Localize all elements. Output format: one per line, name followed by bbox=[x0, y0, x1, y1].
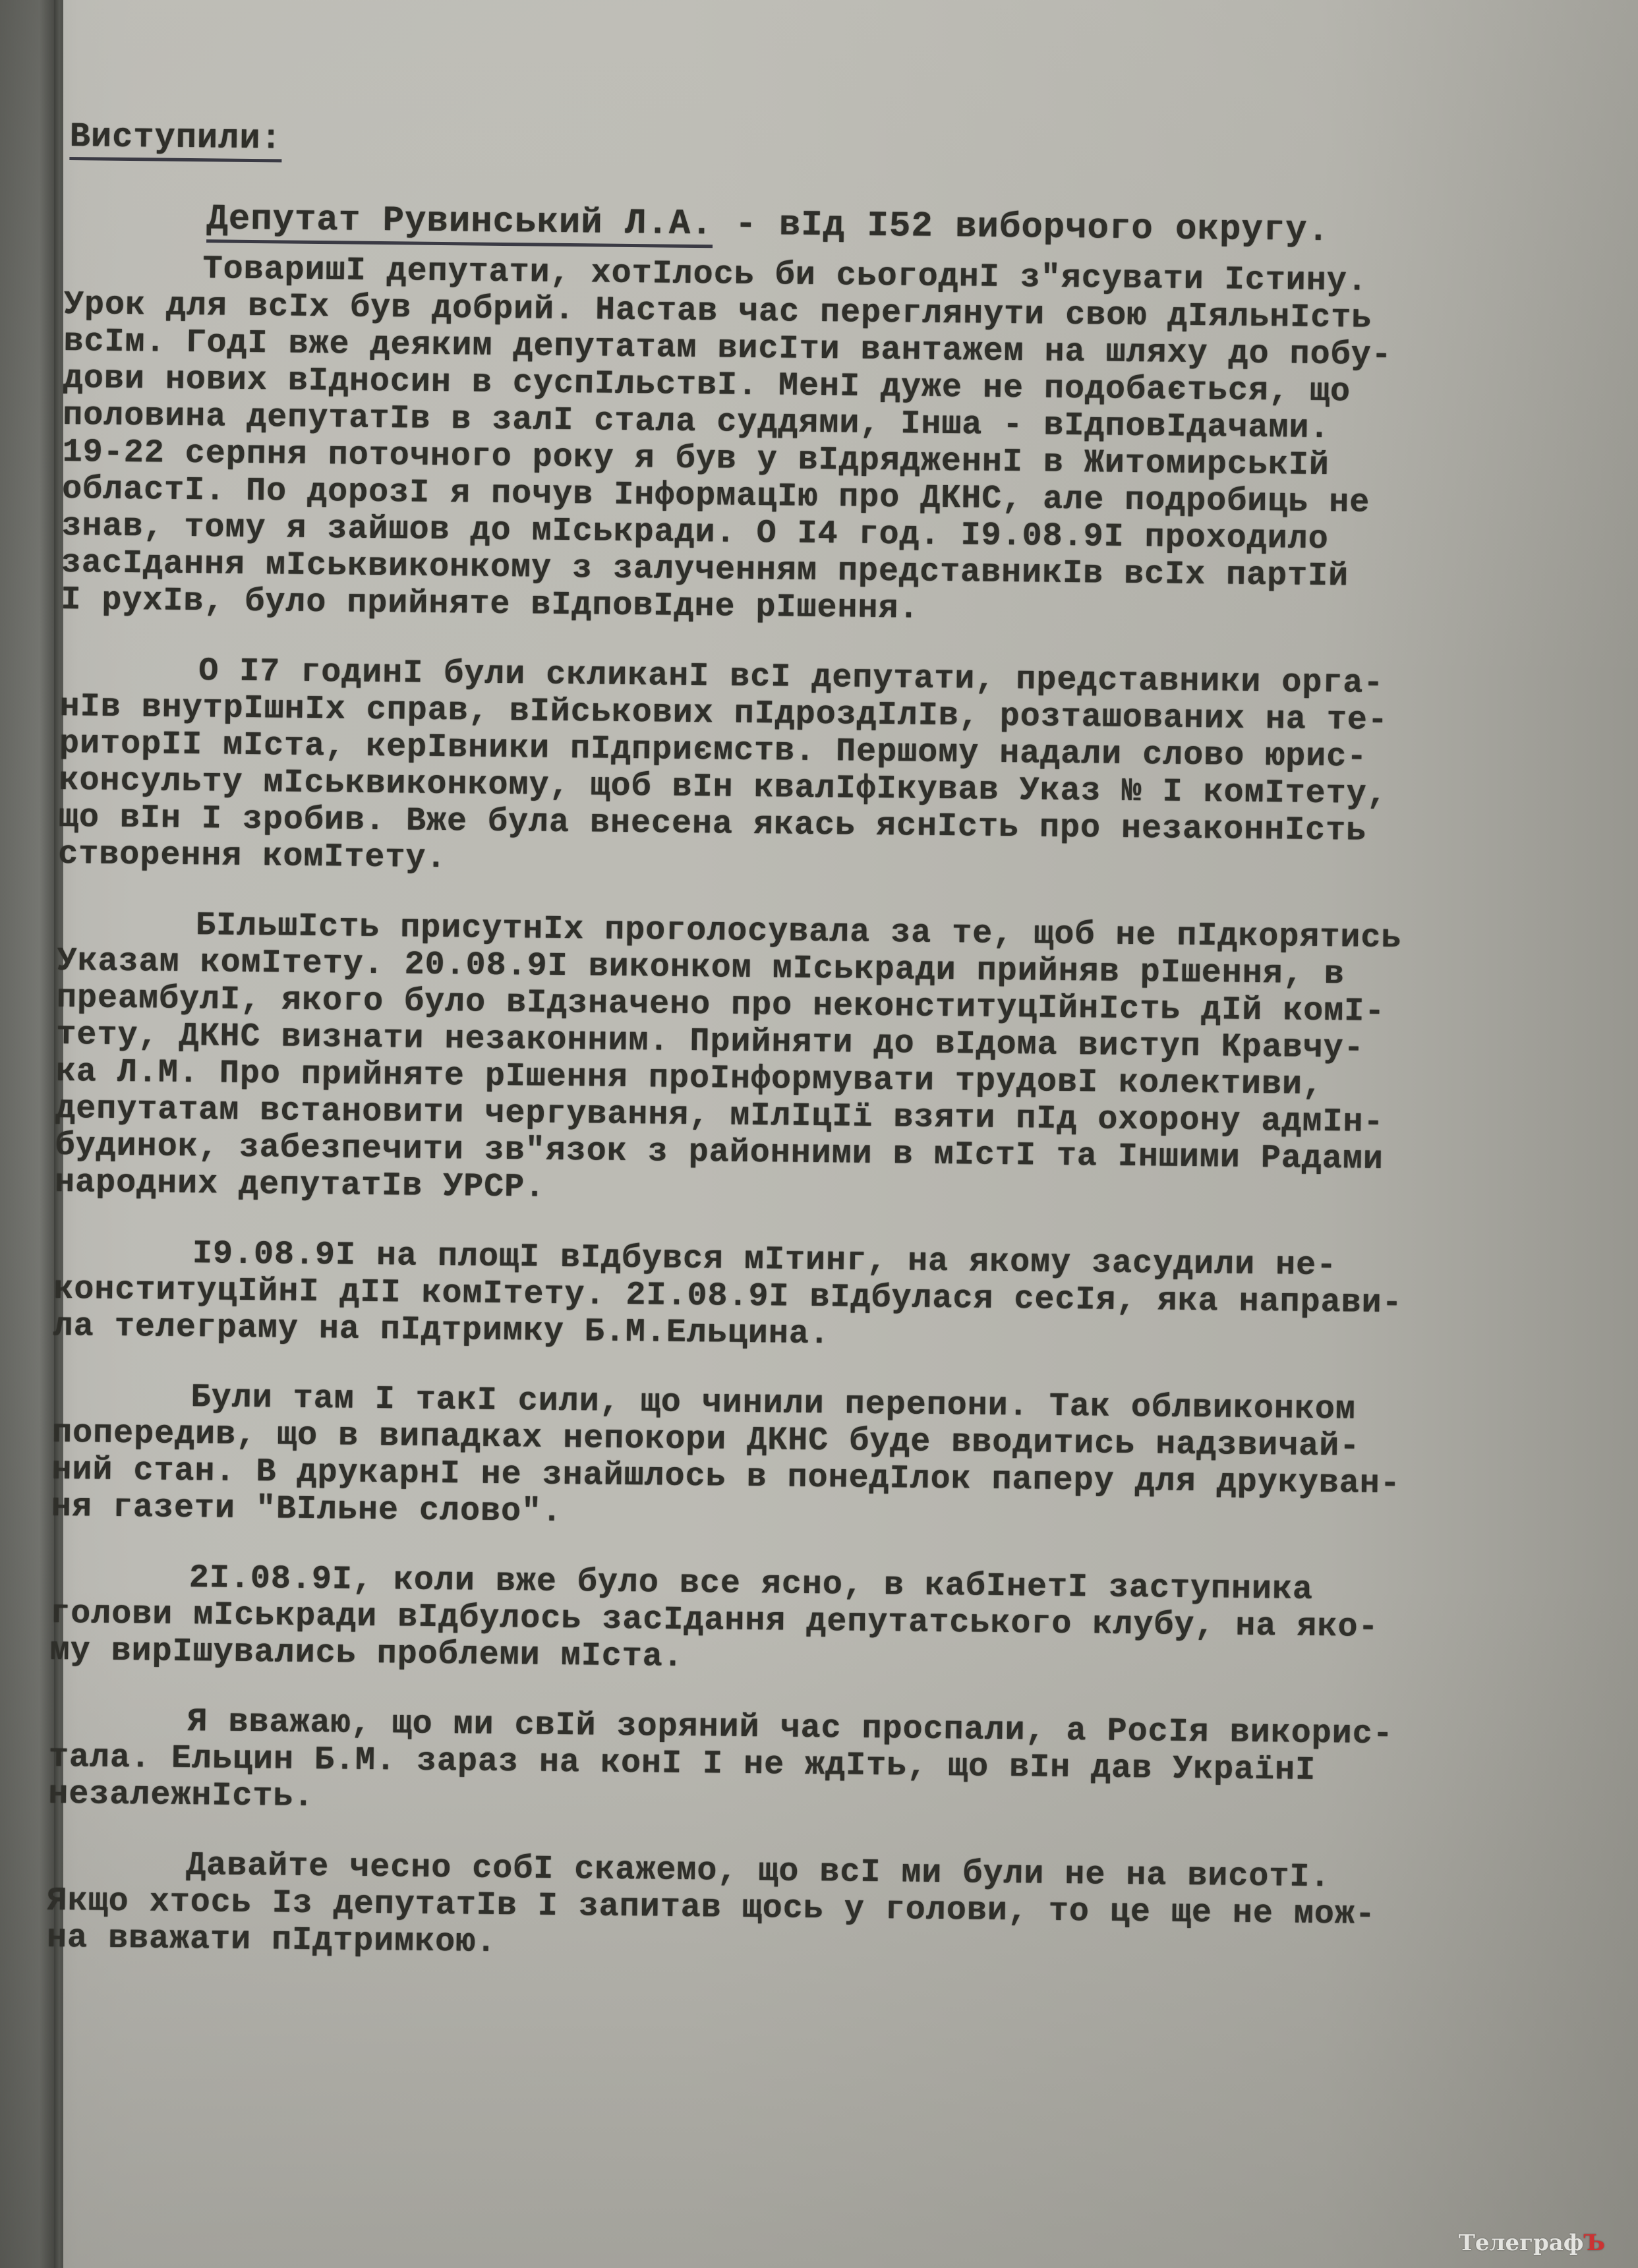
typewritten-document: Виступили: Депутат Рувинський Л.А. - вIд… bbox=[46, 119, 1569, 2006]
paragraph: БIльшIсть присутнIх проголосувала за те,… bbox=[55, 906, 1561, 1217]
watermark-logo: ТелеграфЪ bbox=[1459, 2230, 1605, 2256]
paragraph: ТоваришI депутати, хотIлось би сьогоднI … bbox=[61, 250, 1567, 635]
paragraph: 2I.08.9I, коли вже було все ясно, в кабI… bbox=[49, 1559, 1554, 1685]
speech-body: ТоваришI депутати, хотIлось би сьогоднI … bbox=[47, 250, 1567, 1973]
speaker-name: Депутат Рувинський Л.А. bbox=[206, 199, 713, 248]
watermark-accent: Ъ bbox=[1583, 2230, 1605, 2256]
speaker-line: Депутат Рувинський Л.А. - вIд I52 виборч… bbox=[206, 201, 1567, 252]
watermark-text: Телеграф bbox=[1459, 2230, 1584, 2256]
paragraph: Я вважаю, що ми свIй зоряний час проспал… bbox=[48, 1702, 1552, 1829]
paragraph: Давайте чесно собI скажемо, що всI ми бу… bbox=[47, 1846, 1551, 1973]
speaker-district: - вIд I52 виборчого округу. bbox=[713, 204, 1330, 251]
paragraph: I9.08.9I на площI вIдбувся мIтинг, на як… bbox=[53, 1235, 1558, 1361]
section-heading: Виступили: bbox=[69, 119, 282, 162]
paragraph: Були там I такI сили, що чинили перепони… bbox=[51, 1378, 1556, 1542]
paragraph: О I7 годинI були скликанI всI депутати, … bbox=[58, 652, 1563, 889]
